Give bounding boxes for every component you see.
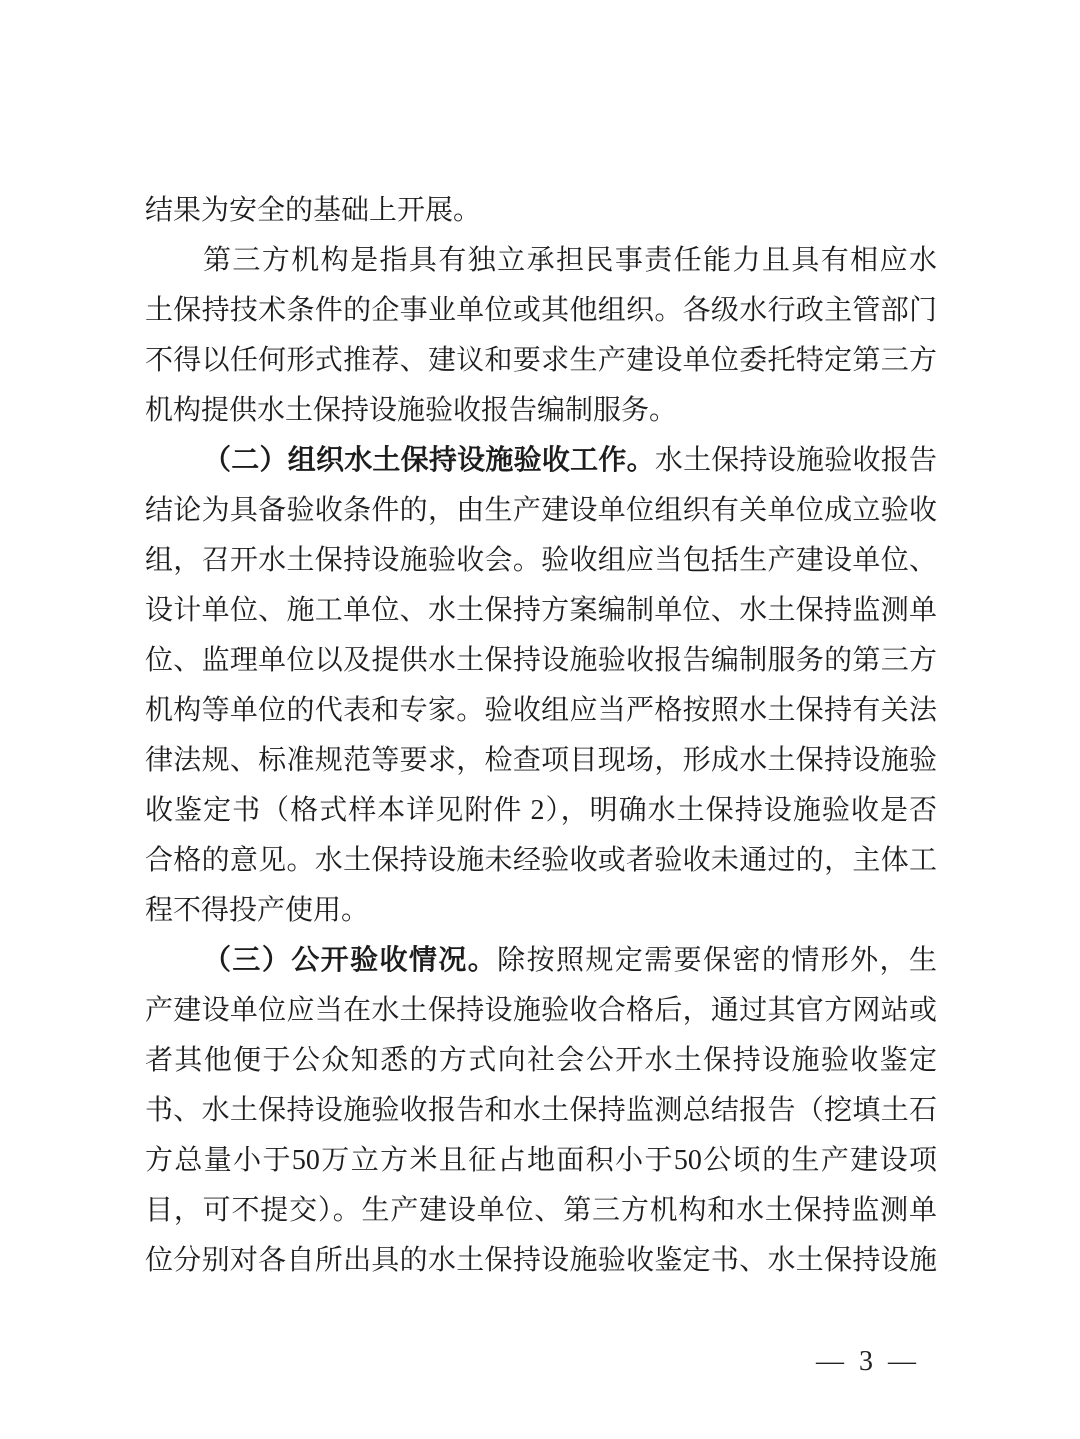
text-line: 结果为安全的基础上开展。 [145,186,937,236]
text-line: 律法规、标准规范等要求，检查项目现场，形成水土保持设施验 [145,736,937,786]
line-text: 水土保持设施验收报告 [655,445,937,476]
text-line: 目，可不提交）。生产建设单位、第三方机构和水土保持监测单 [145,1186,937,1236]
line-text: 律法规、标准规范等要求，检查项目现场，形成水土保持设施验 [145,745,937,776]
line-text: 程不得投产使用。 [145,895,369,926]
line-text: 第三方机构是指具有独立承担民事责任能力且具有相应水 [203,245,937,276]
text-line: 位、监理单位以及提供水土保持设施验收报告编制服务的第三方 [145,636,937,686]
line-text: 结论为具备验收条件的，由生产建设单位组织有关单位成立验收 [145,495,937,526]
text-line: 位分别对各自所出具的水土保持设施验收鉴定书、水土保持设施 [145,1236,937,1286]
line-text: 合格的意见。水土保持设施未经验收或者验收未通过的，主体工 [145,845,937,876]
line-text: 机构提供水土保持设施验收报告编制服务。 [145,395,677,426]
line-text: 位、监理单位以及提供水土保持设施验收报告编制服务的第三方 [145,645,937,676]
text-line: 产建设单位应当在水土保持设施验收合格后，通过其官方网站或 [145,986,937,1036]
text-line: 不得以任何形式推荐、建议和要求生产建设单位委托特定第三方 [145,336,937,386]
line-text: 机构等单位的代表和专家。验收组应当严格按照水土保持有关法 [145,695,937,726]
line-text: 结果为安全的基础上开展。 [145,195,481,226]
text-line: 设计单位、施工单位、水土保持方案编制单位、水土保持监测单 [145,586,937,636]
line-text: 收鉴定书（格式样本详见附件 2），明确水土保持设施验收是否 [145,795,937,826]
line-text: 除按照规定需要保密的情形外，生 [497,945,937,976]
line-text: 目，可不提交）。生产建设单位、第三方机构和水土保持监测单 [145,1195,937,1226]
text-line: 者其他便于公众知悉的方式向社会公开水土保持设施验收鉴定 [145,1036,937,1086]
line-text: 不得以任何形式推荐、建议和要求生产建设单位委托特定第三方 [145,345,937,376]
text-line: 程不得投产使用。 [145,886,937,936]
section-heading: （二）组织水土保持设施验收工作。 [203,445,655,476]
text-line: 方总量小于50万立方米且征占地面积小于50公顷的生产建设项 [145,1136,937,1186]
line-text: 组，召开水土保持设施验收会。验收组应当包括生产建设单位、 [145,545,937,576]
page-number: — 3 — [816,1342,920,1382]
text-line: 收鉴定书（格式样本详见附件 2），明确水土保持设施验收是否 [145,786,937,836]
line-text: 位分别对各自所出具的水土保持设施验收鉴定书、水土保持设施 [145,1245,937,1276]
line-text: 产建设单位应当在水土保持设施验收合格后，通过其官方网站或 [145,995,937,1026]
text-line: 结论为具备验收条件的，由生产建设单位组织有关单位成立验收 [145,486,937,536]
text-line: 机构提供水土保持设施验收报告编制服务。 [145,386,937,436]
line-text: 者其他便于公众知悉的方式向社会公开水土保持设施验收鉴定 [145,1045,937,1076]
text-line: （二）组织水土保持设施验收工作。水土保持设施验收报告 [145,436,937,486]
text-line: 土保持技术条件的企事业单位或其他组织。各级水行政主管部门 [145,286,937,336]
document-page: 结果为安全的基础上开展。第三方机构是指具有独立承担民事责任能力且具有相应水土保持… [0,0,1080,1439]
document-body: 结果为安全的基础上开展。第三方机构是指具有独立承担民事责任能力且具有相应水土保持… [145,186,937,1286]
text-line: （三）公开验收情况。除按照规定需要保密的情形外，生 [145,936,937,986]
line-text: 土保持技术条件的企事业单位或其他组织。各级水行政主管部门 [145,295,937,326]
text-line: 第三方机构是指具有独立承担民事责任能力且具有相应水 [145,236,937,286]
text-line: 机构等单位的代表和专家。验收组应当严格按照水土保持有关法 [145,686,937,736]
text-line: 书、水土保持设施验收报告和水土保持监测总结报告（挖填土石 [145,1086,937,1136]
text-line: 合格的意见。水土保持设施未经验收或者验收未通过的，主体工 [145,836,937,886]
line-text: 设计单位、施工单位、水土保持方案编制单位、水土保持监测单 [145,595,937,626]
section-heading: （三）公开验收情况。 [203,945,497,976]
line-text: 方总量小于50万立方米且征占地面积小于50公顷的生产建设项 [145,1145,937,1176]
line-text: 书、水土保持设施验收报告和水土保持监测总结报告（挖填土石 [145,1095,937,1126]
text-line: 组，召开水土保持设施验收会。验收组应当包括生产建设单位、 [145,536,937,586]
